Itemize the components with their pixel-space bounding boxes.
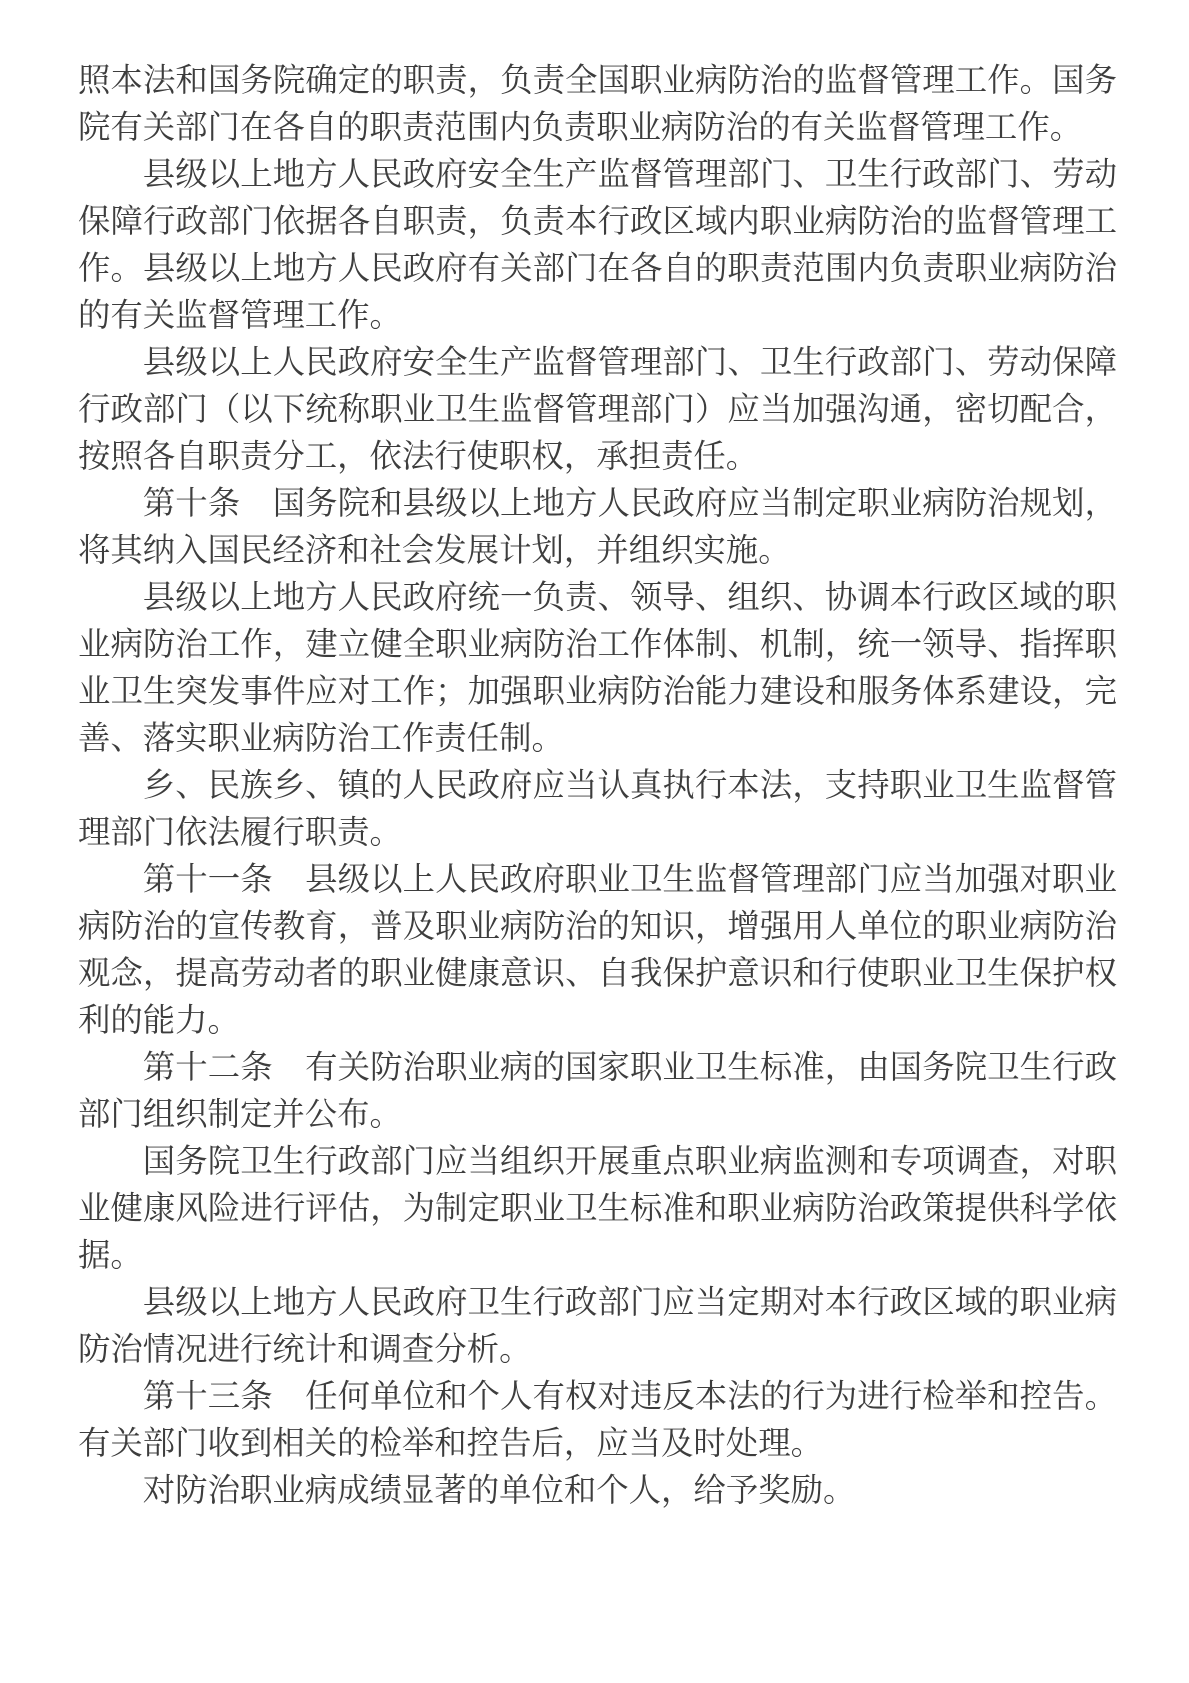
- paragraph-article-11: 第十一条 县级以上人民政府职业卫生监督管理部门应当加强对职业病防治的宣传教育，普…: [78, 856, 1117, 1044]
- paragraph-article-13: 第十三条 任何单位和个人有权对违反本法的行为进行检举和控告。有关部门收到相关的检…: [78, 1373, 1117, 1467]
- paragraph-article-12: 第十二条 有关防治职业病的国家职业卫生标准，由国务院卫生行政部门组织制定并公布。: [78, 1044, 1117, 1138]
- paragraph: 县级以上地方人民政府卫生行政部门应当定期对本行政区域的职业病防治情况进行统计和调…: [78, 1279, 1117, 1373]
- paragraph: 县级以上地方人民政府安全生产监督管理部门、卫生行政部门、劳动保障行政部门依据各自…: [78, 151, 1117, 339]
- paragraph: 乡、民族乡、镇的人民政府应当认真执行本法，支持职业卫生监督管理部门依法履行职责。: [78, 762, 1117, 856]
- paragraph: 县级以上人民政府安全生产监督管理部门、卫生行政部门、劳动保障行政部门（以下统称职…: [78, 339, 1117, 480]
- text-column: 照本法和国务院确定的职责，负责全国职业病防治的监督管理工作。国务院有关部门在各自…: [78, 57, 1117, 1514]
- paragraph-continuation: 照本法和国务院确定的职责，负责全国职业病防治的监督管理工作。国务院有关部门在各自…: [78, 57, 1117, 151]
- paragraph: 对防治职业病成绩显著的单位和个人，给予奖励。: [78, 1467, 1117, 1514]
- paragraph: 县级以上地方人民政府统一负责、领导、组织、协调本行政区域的职业病防治工作，建立健…: [78, 574, 1117, 762]
- paragraph: 国务院卫生行政部门应当组织开展重点职业病监测和专项调查，对职业健康风险进行评估，…: [78, 1138, 1117, 1279]
- document-page: 照本法和国务院确定的职责，负责全国职业病防治的监督管理工作。国务院有关部门在各自…: [0, 0, 1189, 1683]
- paragraph-article-10: 第十条 国务院和县级以上地方人民政府应当制定职业病防治规划，将其纳入国民经济和社…: [78, 480, 1117, 574]
